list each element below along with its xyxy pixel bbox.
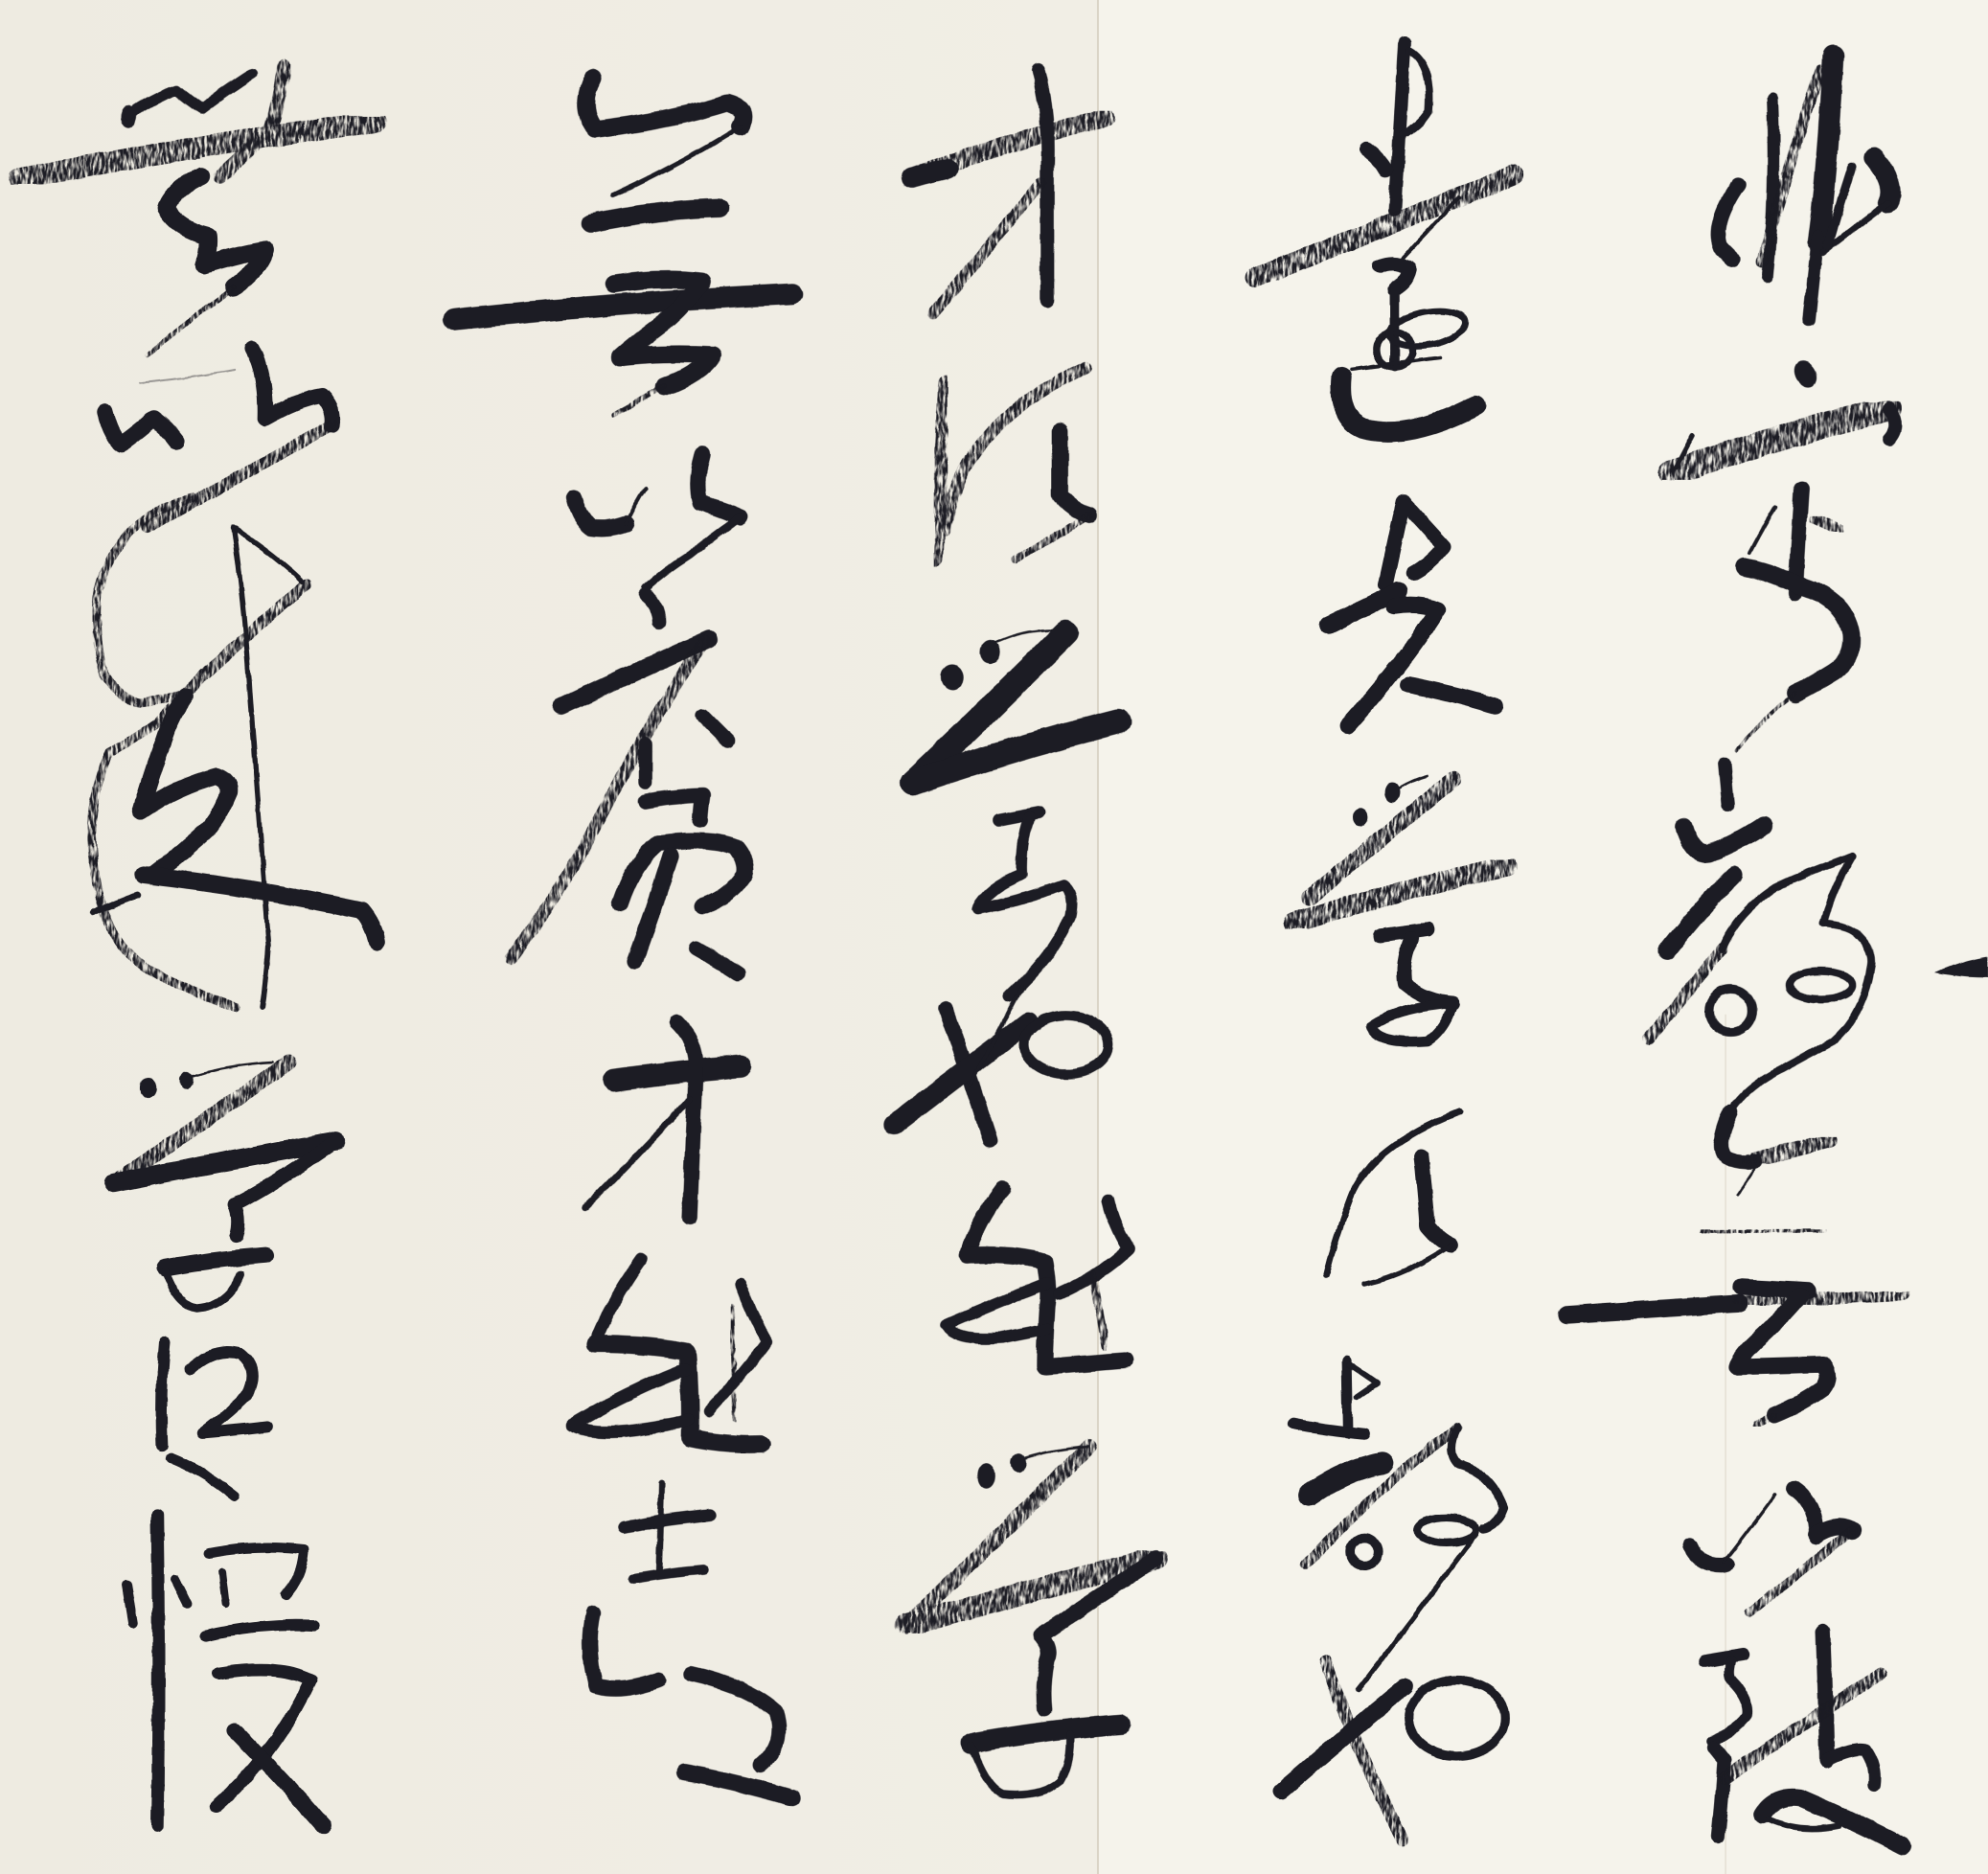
glyph-yuan: [1255, 43, 1514, 432]
stroke: [1293, 1424, 1364, 1434]
stroke: [968, 1188, 1003, 1255]
ink-dot: [1790, 357, 1821, 392]
stroke: [175, 1579, 188, 1604]
stroke: [1060, 431, 1088, 514]
glyph-xu: [936, 368, 1089, 560]
stroke: [1725, 1674, 1882, 1779]
stroke: [1749, 1530, 1852, 1612]
stroke: [1718, 185, 1738, 259]
stroke: [1813, 517, 1839, 530]
ink-dot: [1384, 783, 1400, 803]
stroke: [1021, 818, 1029, 876]
stroke: [191, 1352, 266, 1432]
stroke: [252, 349, 332, 424]
stroke: [1827, 1749, 1874, 1785]
stroke: [1341, 377, 1476, 432]
stroke: [1705, 1655, 1744, 1661]
glyph-man: [126, 1515, 323, 1825]
stroke: [1421, 1156, 1450, 1246]
stroke: [574, 498, 626, 528]
stroke: [165, 1270, 240, 1309]
stroke: [1714, 1748, 1725, 1837]
glyph-fei: [1718, 56, 1890, 391]
calligraphy-artwork: 非 寧 靜 無 以 致 遠 夫 學 須 靜 也 才 須 學 也 非 學 無 以 …: [0, 0, 1988, 1874]
glyph-cai: [584, 1022, 741, 1218]
column-1-strokes: [1567, 56, 1988, 1846]
ink-dot: [141, 1078, 156, 1098]
glyph-wu: [19, 67, 377, 354]
stroke: [586, 78, 743, 129]
stroke: [1874, 157, 1890, 203]
stroke: [1367, 149, 1386, 170]
stroke: [1756, 1415, 1775, 1426]
stroke: [1567, 1303, 1740, 1314]
stroke: [1683, 826, 1763, 854]
stroke: [620, 841, 745, 907]
glyph-ning: [1671, 408, 1895, 750]
ink-dot: [1011, 1453, 1026, 1474]
glyph-yi: [1690, 1489, 1852, 1613]
stroke: [697, 454, 740, 517]
ink-strokes: [19, 43, 1988, 1846]
ink-dot: [180, 1071, 193, 1089]
stroke: [584, 1099, 690, 1208]
ink-dot: [941, 664, 964, 689]
stroke: [1737, 1167, 1756, 1195]
stroke: [977, 875, 1071, 996]
glyph-cheng: [92, 498, 377, 1007]
glyph-xue: [913, 629, 1118, 996]
stroke: [1399, 776, 1428, 788]
stroke: [222, 1572, 226, 1604]
stroke: [1737, 694, 1795, 751]
stroke: [454, 294, 792, 319]
stroke: [165, 1255, 266, 1268]
stroke: [1385, 502, 1404, 584]
stroke: [1712, 1661, 1748, 1741]
stroke: [732, 1306, 736, 1420]
stroke: [1349, 1364, 1377, 1397]
column-4-strokes: [454, 78, 792, 1798]
stroke: [946, 1283, 1047, 1338]
stroke: [933, 183, 1040, 313]
stroke: [613, 126, 740, 194]
stroke: [166, 176, 264, 287]
stroke: [709, 1285, 767, 1411]
stroke: [1709, 1230, 1817, 1233]
stroke-loop: [1024, 1016, 1108, 1074]
stroke: [613, 1066, 740, 1081]
column-2-strokes: [1255, 43, 1514, 1840]
stroke: [1364, 1246, 1451, 1285]
stroke-loop: [1789, 971, 1852, 999]
glyph-xu: [1322, 1112, 1459, 1285]
stroke: [128, 74, 253, 116]
stroke: [677, 1022, 697, 1218]
ink-dot: [1353, 809, 1368, 827]
column-3-strokes: [894, 70, 1156, 1795]
glyph-wu: [1567, 1230, 1904, 1426]
stroke: [634, 1569, 704, 1578]
glyph-fu: [1329, 502, 1495, 725]
stroke: [691, 1674, 779, 1765]
stroke: [140, 370, 237, 382]
ink-dot: [977, 1463, 995, 1488]
stroke-loop: [1350, 1538, 1378, 1565]
stroke: [148, 287, 234, 354]
stroke: [646, 795, 703, 820]
glyph-xue: [114, 1063, 336, 1309]
stroke: [685, 1772, 792, 1797]
glyph-fei: [572, 1259, 767, 1444]
stroke: [1395, 43, 1405, 211]
stroke: [233, 528, 303, 583]
stroke: [697, 948, 739, 973]
stroke: [1749, 1140, 1829, 1161]
stroke: [1404, 938, 1452, 1002]
stroke: [646, 595, 660, 623]
stroke: [1690, 1545, 1726, 1565]
stroke: [1889, 408, 1896, 440]
glyph-ye: [1281, 1661, 1505, 1840]
glyph-guang: [511, 595, 744, 974]
stroke: [1749, 507, 1774, 553]
stroke: [1371, 1003, 1453, 1041]
stroke: [595, 1259, 642, 1344]
ink-layer: [0, 0, 1988, 1874]
glyph-yi: [105, 349, 332, 528]
stroke: [627, 489, 646, 524]
stroke: [572, 1369, 689, 1431]
stroke: [144, 875, 377, 942]
stroke: [126, 1585, 133, 1623]
stroke: [1809, 236, 1817, 319]
glyph-fei: [946, 1188, 1129, 1367]
glyph-jing: [1648, 764, 1871, 1195]
glyph-xue: [1293, 776, 1508, 1041]
stroke: [1671, 408, 1889, 472]
stroke: [1016, 514, 1089, 559]
stroke: [1769, 1819, 1839, 1828]
glyph-cai: [911, 70, 1105, 313]
stroke-loop: [1709, 989, 1752, 1032]
stroke: [171, 1458, 235, 1497]
stroke: [1745, 567, 1851, 694]
stroke: [1737, 1296, 1828, 1415]
glyph-yi: [574, 454, 740, 588]
stroke: [1404, 502, 1444, 573]
stroke: [1346, 1360, 1347, 1434]
ink-dot: [980, 640, 1000, 663]
glyph-yin: [162, 1341, 266, 1496]
stroke-loop: [1387, 306, 1468, 352]
glyph-ye: [894, 987, 1108, 1140]
stroke: [702, 715, 727, 740]
stroke: [590, 1612, 659, 1689]
stroke: [162, 1341, 166, 1446]
stroke: [625, 1515, 710, 1527]
column-5-strokes: [19, 67, 377, 1826]
stroke: [1408, 685, 1495, 706]
stroke: [911, 169, 948, 177]
stroke: [205, 1625, 314, 1635]
glyph-zhi-will: [590, 1483, 792, 1797]
stroke: [1725, 764, 1728, 806]
stroke: [613, 387, 664, 415]
stroke: [646, 517, 741, 588]
glyph-zhi-attain: [1705, 1632, 1903, 1846]
stroke: [1380, 929, 1428, 936]
stroke: [1093, 1274, 1106, 1346]
stroke-loop: [1417, 1518, 1475, 1543]
glyph-wu: [454, 78, 792, 415]
stroke: [233, 528, 268, 1007]
stroke: [157, 1515, 158, 1825]
stroke: [591, 208, 720, 223]
cut-off-stroke-edge: [1934, 956, 1988, 977]
glyph-xue: [906, 1447, 1156, 1794]
glyph-jing: [1293, 1360, 1504, 1690]
stroke: [1451, 1428, 1504, 1529]
stroke-loop: [1408, 1680, 1505, 1756]
stroke: [1310, 1463, 1382, 1495]
stro ke: [1348, 605, 1438, 725]
stroke: [1725, 1495, 1775, 1562]
stroke: [659, 1483, 662, 1572]
stroke: [1823, 1632, 1827, 1760]
stroke: [105, 412, 176, 444]
